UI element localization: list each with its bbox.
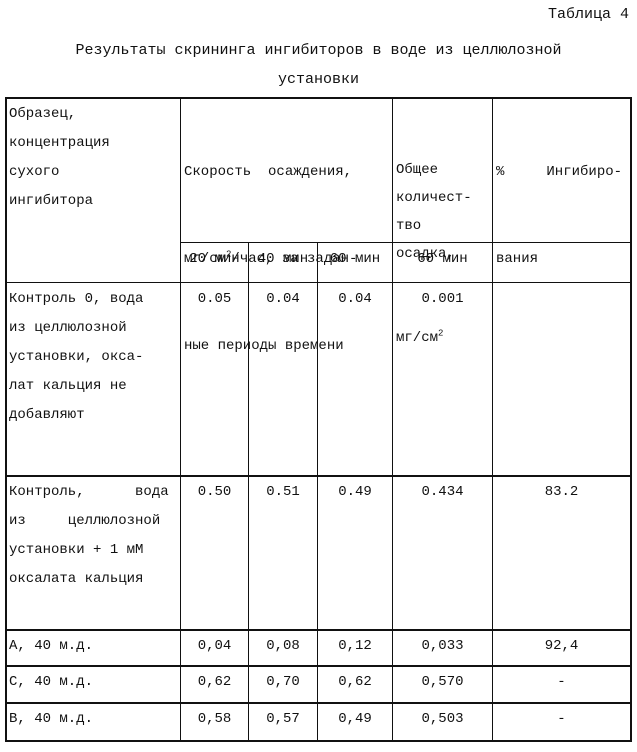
row-value-inhib: 83.2 bbox=[492, 475, 631, 631]
row-value-r40: 0,08 bbox=[248, 629, 318, 667]
subheader-total-60min: 60 мин bbox=[392, 242, 493, 283]
row-value-r20: 0,62 bbox=[180, 665, 249, 704]
header-inhibition-line-1: % Ингибиро- bbox=[496, 158, 627, 187]
row-value-r20: 0.50 bbox=[180, 475, 249, 631]
row-value-total: 0,570 bbox=[392, 665, 493, 704]
row-value-r60: 0.04 bbox=[317, 282, 393, 477]
row-value-r40: 0.51 bbox=[248, 475, 318, 631]
subheader-40min: 40 мин bbox=[248, 242, 318, 283]
header-sample: Образец, концентрация сухого ингибитора bbox=[5, 97, 181, 283]
table-title-line-1: Результаты скрининга ингибиторов в воде … bbox=[0, 42, 637, 59]
row-value-inhib: 92,4 bbox=[492, 629, 631, 667]
row-value-r40: 0.04 bbox=[248, 282, 318, 477]
header-rate-line-1: Скорость осаждения, bbox=[184, 158, 389, 187]
row-value-r60: 0,62 bbox=[317, 665, 393, 704]
row-sample-cell: С, 40 м.д. bbox=[5, 665, 181, 704]
row-value-inhib: - bbox=[492, 702, 631, 741]
subheader-20min: 20 мин bbox=[180, 242, 249, 283]
row-value-r20: 0,04 bbox=[180, 629, 249, 667]
row-sample-cell: Контроль 0, вода из целлюлозной установк… bbox=[5, 282, 181, 477]
results-table: Образец, концентрация сухого ингибитора … bbox=[6, 98, 631, 741]
row-value-total: 0.001 bbox=[392, 282, 493, 477]
row-value-total: 0,033 bbox=[392, 629, 493, 667]
row-value-r60: 0,12 bbox=[317, 629, 393, 667]
row-value-total: 0.434 bbox=[392, 475, 493, 631]
row-value-inhib bbox=[492, 282, 631, 477]
row-value-r40: 0,57 bbox=[248, 702, 318, 741]
header-rate: Скорость осаждения, мг/см2/час, за задан… bbox=[180, 97, 393, 243]
row-value-total: 0,503 bbox=[392, 702, 493, 741]
header-total: Общее количест- тво осадка, мг/см2 bbox=[392, 97, 493, 243]
row-value-inhib: - bbox=[492, 665, 631, 704]
row-sample-cell: А, 40 м.д. bbox=[5, 629, 181, 667]
header-inhibition: % Ингибиро- вания bbox=[492, 97, 631, 243]
row-value-r60: 0,49 bbox=[317, 702, 393, 741]
table-title-line-2: установки bbox=[0, 71, 637, 88]
row-sample-cell: В, 40 м.д. bbox=[5, 702, 181, 741]
row-value-r60: 0.49 bbox=[317, 475, 393, 631]
row-value-r20: 0,58 bbox=[180, 702, 249, 741]
subheader-inhibition-empty bbox=[492, 242, 631, 283]
row-value-r40: 0,70 bbox=[248, 665, 318, 704]
subheader-60min: 60 мин bbox=[317, 242, 393, 283]
table-number-label: Таблица 4 bbox=[548, 6, 629, 23]
row-value-r20: 0.05 bbox=[180, 282, 249, 477]
row-sample-cell: Контроль, вода из целлюлозной установки … bbox=[5, 475, 181, 631]
